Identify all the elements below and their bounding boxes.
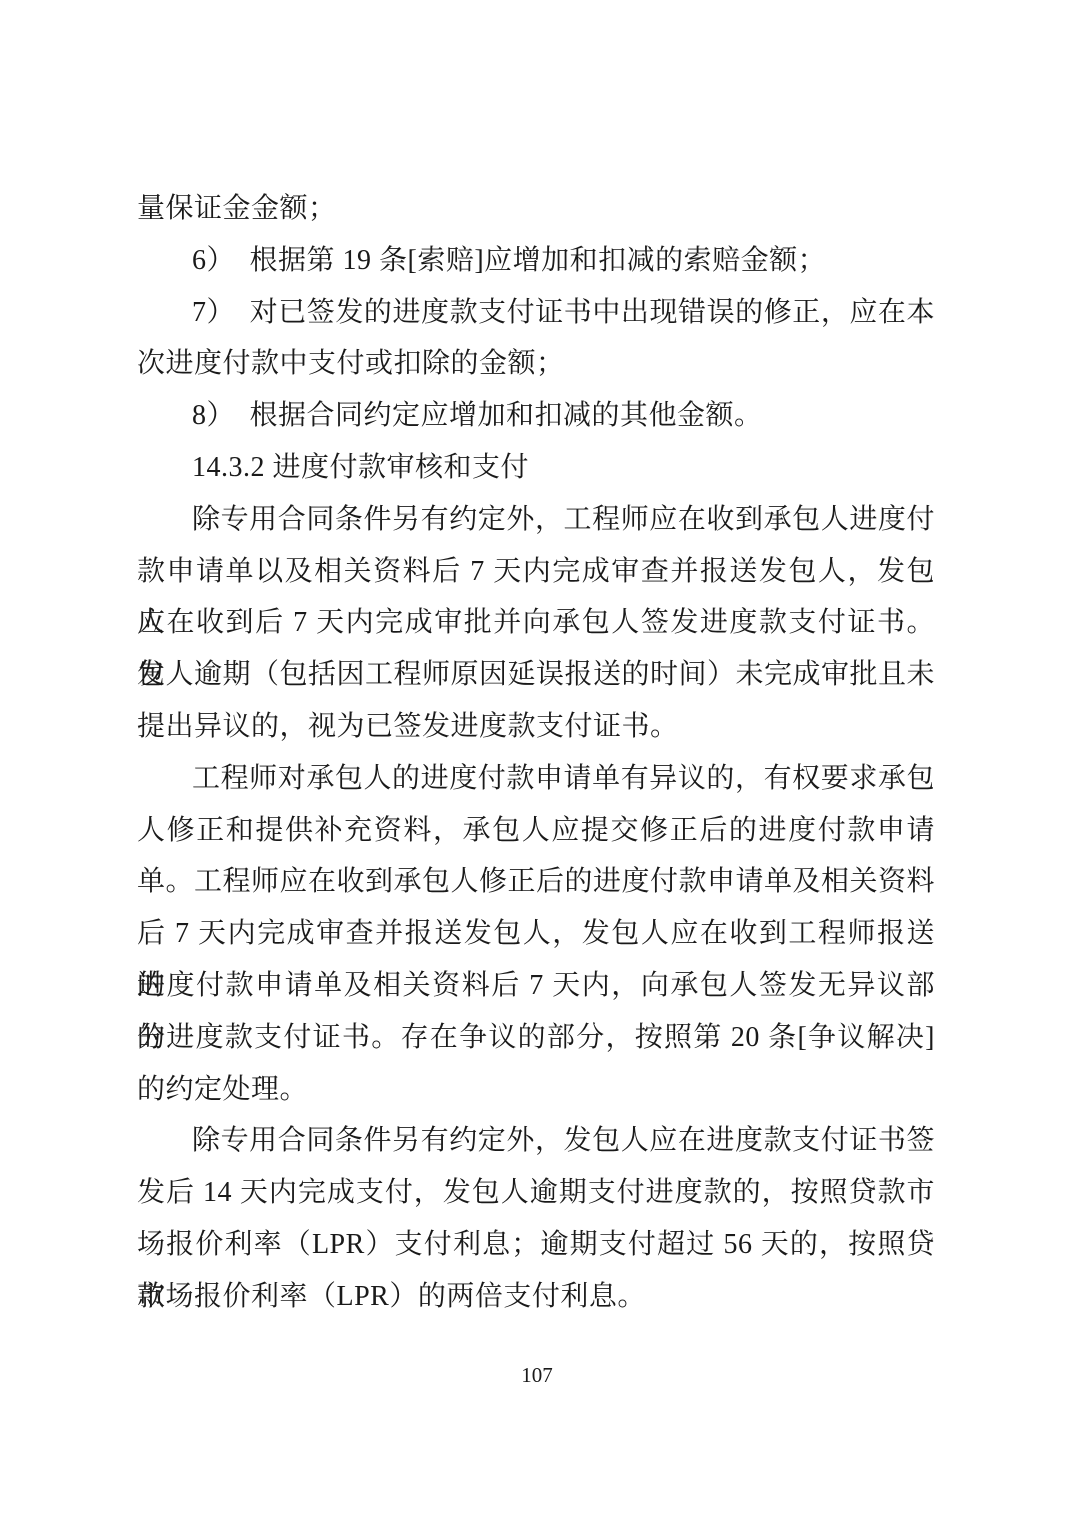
text-line: 提出异议的，视为已签发进度款支付证书。 [137,701,935,753]
page-number: 107 [0,1360,1074,1390]
section-heading-14-3-2: 14.3.2 进度付款审核和支付 [137,442,935,494]
numbered-item-7: 7） 对已签发的进度款支付证书中出现错误的修正，应在本 [137,287,935,339]
text-line: 的进度款支付证书。存在争议的部分，按照第 20 条[争议解决] [137,1012,935,1064]
text-line: 次进度付款中支付或扣除的金额； [137,338,935,390]
text-line: 发后 14 天内完成支付，发包人逾期支付进度款的，按照贷款市 [137,1167,935,1219]
text-line: 包人逾期（包括因工程师原因延误报送的时间）未完成审批且未 [137,649,935,701]
text-line: 量保证金金额； [137,183,935,235]
numbered-item-8: 8） 根据合同约定应增加和扣减的其他金额。 [137,390,935,442]
text-line: 除专用合同条件另有约定外，发包人应在进度款支付证书签 [137,1115,935,1167]
text-line: 应在收到后 7 天内完成审批并向承包人签发进度款支付证书。发 [137,597,935,649]
text-line: 除专用合同条件另有约定外，工程师应在收到承包人进度付 [137,494,935,546]
text-line: 进度付款申请单及相关资料后 7 天内，向承包人签发无异议部分 [137,960,935,1012]
text-line: 市场报价利率（LPR）的两倍支付利息。 [137,1271,935,1323]
text-line: 场报价利率（LPR）支付利息；逾期支付超过 56 天的，按照贷款 [137,1219,935,1271]
text-line: 的约定处理。 [137,1064,935,1116]
numbered-item-6: 6） 根据第 19 条[索赔]应增加和扣减的索赔金额； [137,235,935,287]
text-line: 单。工程师应在收到承包人修正后的进度付款申请单及相关资料 [137,856,935,908]
text-line: 工程师对承包人的进度付款申请单有异议的，有权要求承包 [137,753,935,805]
text-line: 后 7 天内完成审查并报送发包人，发包人应在收到工程师报送的 [137,908,935,960]
text-line: 款申请单以及相关资料后 7 天内完成审查并报送发包人，发包人 [137,546,935,598]
document-page: 量保证金金额； 6） 根据第 19 条[索赔]应增加和扣减的索赔金额； 7） 对… [0,0,1074,1520]
text-line: 人修正和提供补充资料，承包人应提交修正后的进度付款申请 [137,805,935,857]
document-body: 量保证金金额； 6） 根据第 19 条[索赔]应增加和扣减的索赔金额； 7） 对… [137,183,935,1323]
